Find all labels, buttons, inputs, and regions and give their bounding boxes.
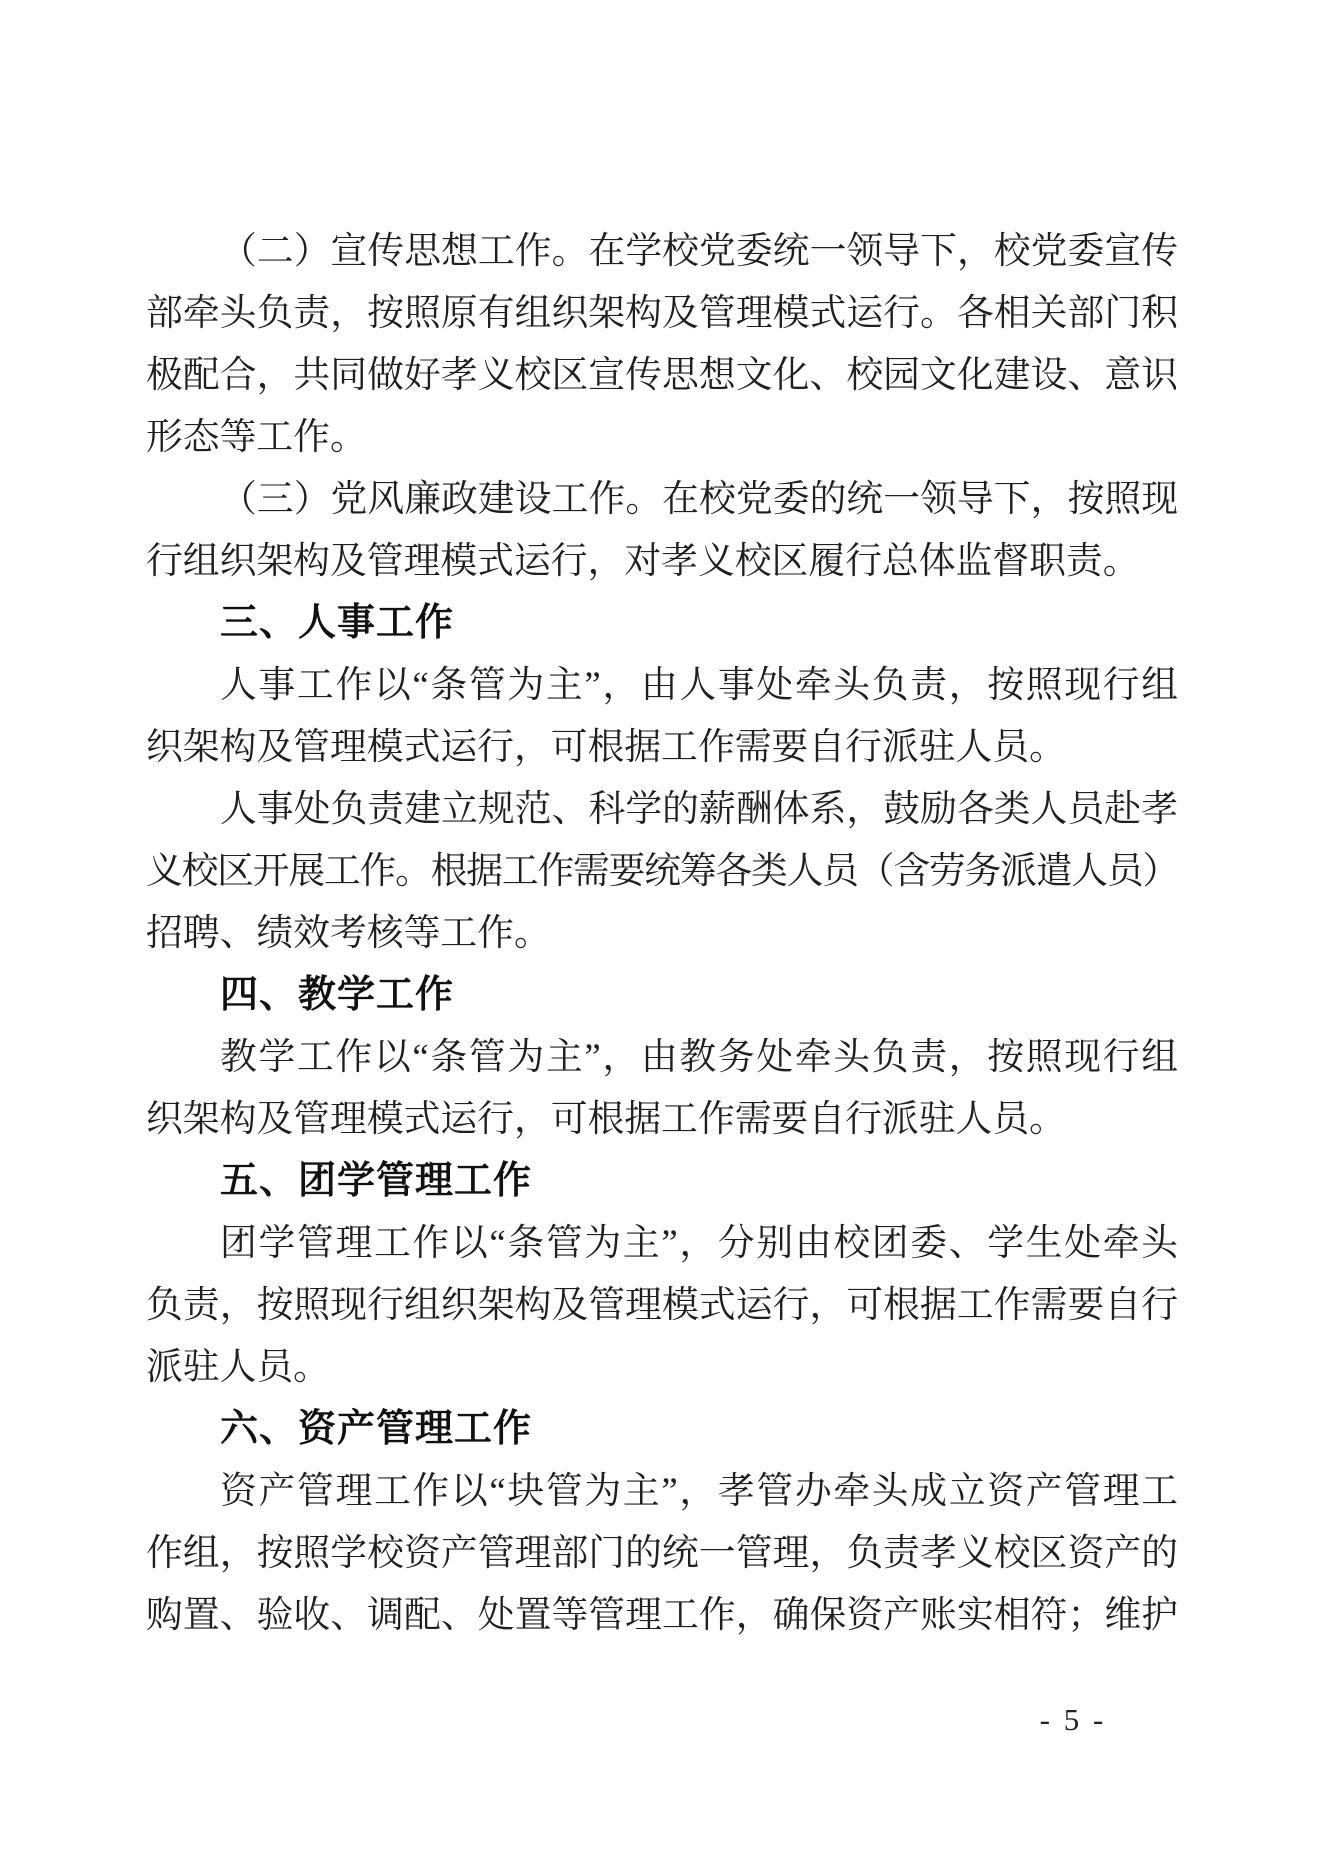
text-line: 资产管理工作以“块管为主”，孝管办牵头成立资产管理工 <box>146 1460 1178 1522</box>
section-heading: 三、人事工作 <box>146 592 1178 654</box>
text-line: （二）宣传思想工作。在学校党委统一领导下，校党委宣传 <box>146 220 1178 282</box>
text-line: 派驻人员。 <box>146 1336 1178 1398</box>
text-line: 形态等工作。 <box>146 406 1178 468</box>
text-line: 部牵头负责，按照原有组织架构及管理模式运行。各相关部门积 <box>146 282 1178 344</box>
document-page: （二）宣传思想工作。在学校党委统一领导下，校党委宣传部牵头负责，按照原有组织架构… <box>0 0 1322 1871</box>
text-line: 作组，按照学校资产管理部门的统一管理，负责孝义校区资产的 <box>146 1522 1178 1584</box>
text-line: 织架构及管理模式运行，可根据工作需要自行派驻人员。 <box>146 716 1178 778</box>
text-line: 义校区开展工作。根据工作需要统筹各类人员（含劳务派遣人员） <box>146 840 1178 902</box>
section-heading: 四、教学工作 <box>146 964 1178 1026</box>
text-line: 团学管理工作以“条管为主”，分别由校团委、学生处牵头 <box>146 1212 1178 1274</box>
text-line: 负责，按照现行组织架构及管理模式运行，可根据工作需要自行 <box>146 1274 1178 1336</box>
text-line: 极配合，共同做好孝义校区宣传思想文化、校园文化建设、意识 <box>146 344 1178 406</box>
text-line: 招聘、绩效考核等工作。 <box>146 902 1178 964</box>
text-line: 教学工作以“条管为主”，由教务处牵头负责，按照现行组 <box>146 1026 1178 1088</box>
text-block: （二）宣传思想工作。在学校党委统一领导下，校党委宣传部牵头负责，按照原有组织架构… <box>146 220 1178 1646</box>
text-line: 人事工作以“条管为主”，由人事处牵头负责，按照现行组 <box>146 654 1178 716</box>
text-line: 购置、验收、调配、处置等管理工作，确保资产账实相符；维护 <box>146 1584 1178 1646</box>
text-line: 织架构及管理模式运行，可根据工作需要自行派驻人员。 <box>146 1088 1178 1150</box>
section-heading: 六、资产管理工作 <box>146 1398 1178 1460</box>
text-line: 人事处负责建立规范、科学的薪酬体系，鼓励各类人员赴孝 <box>146 778 1178 840</box>
section-heading: 五、团学管理工作 <box>146 1150 1178 1212</box>
page-number: - 5 - <box>1008 1702 1138 1738</box>
text-line: 行组织架构及管理模式运行，对孝义校区履行总体监督职责。 <box>146 530 1178 592</box>
text-line: （三）党风廉政建设工作。在校党委的统一领导下，按照现 <box>146 468 1178 530</box>
